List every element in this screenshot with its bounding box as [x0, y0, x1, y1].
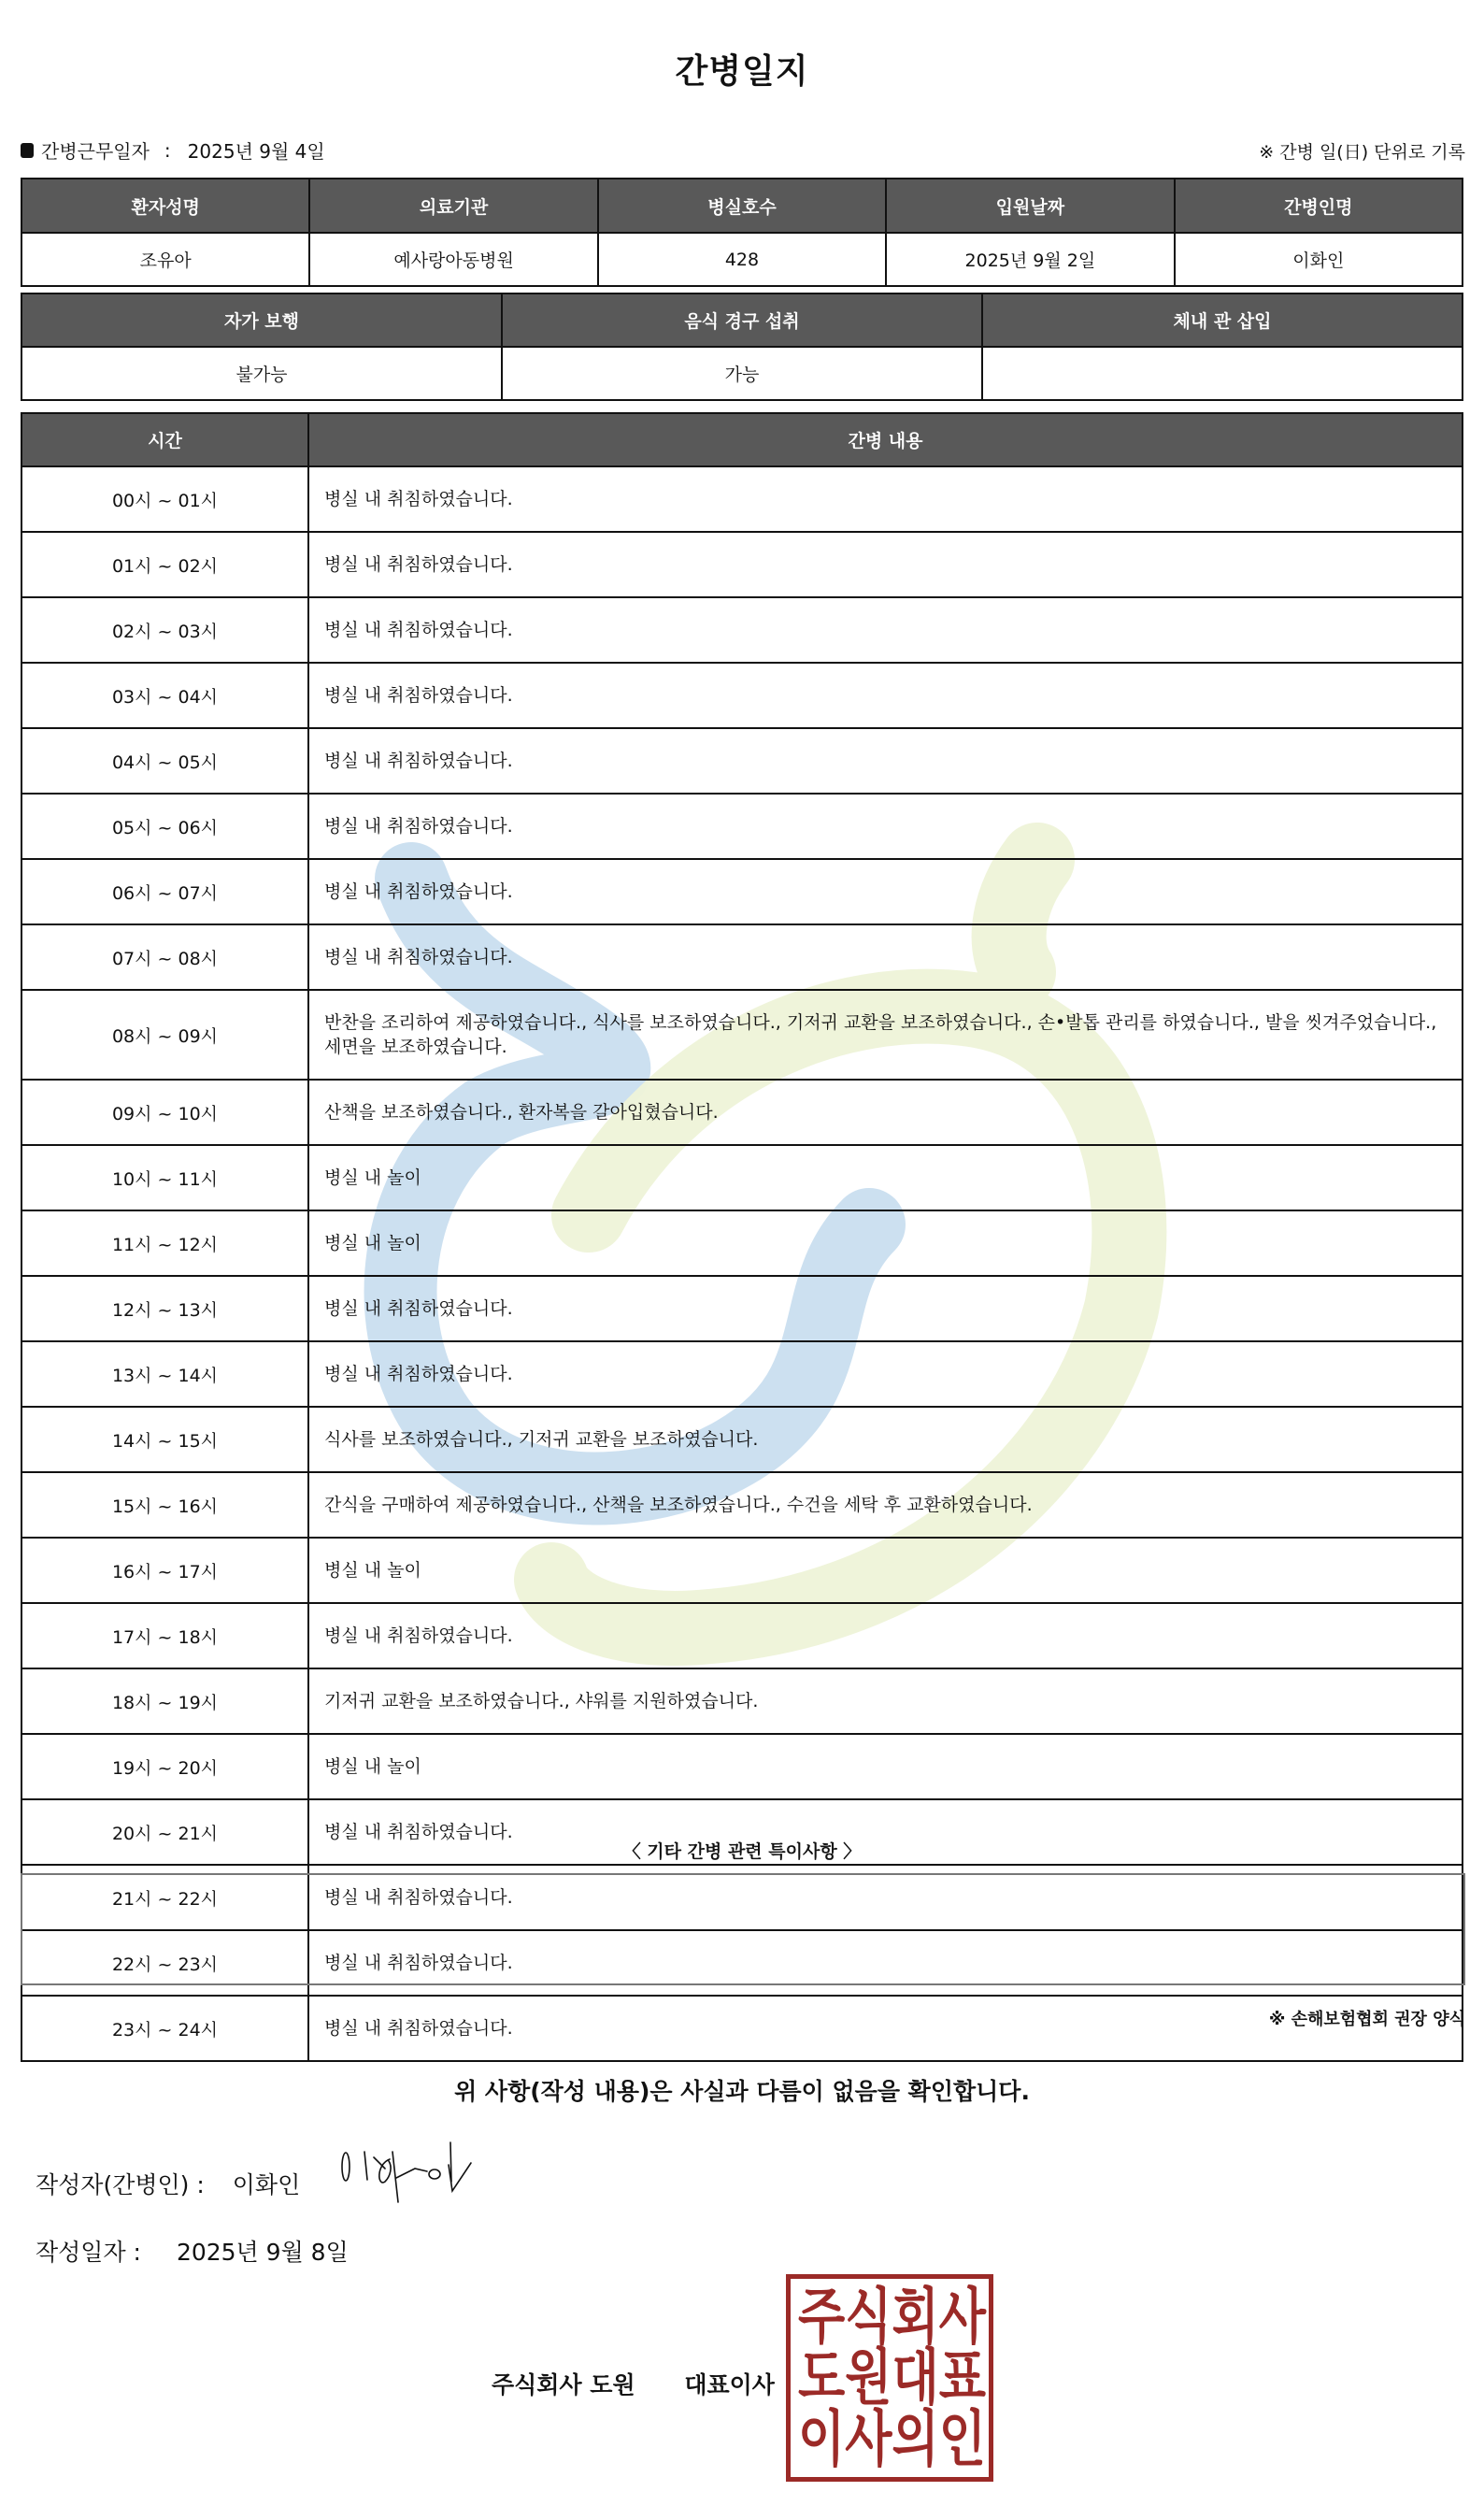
care-content-cell: 병실 내 취침하였습니다.: [308, 1996, 1463, 2061]
written-date-label: 작성일자 :: [36, 2239, 141, 2266]
patient-status-value-row: 불가능 가능: [21, 347, 1463, 400]
work-date-line: 간병근무일자 : 2025년 9월 4일: [21, 136, 325, 164]
stamp-char: 인: [939, 2400, 986, 2477]
care-time-cell: 02시 ~ 03시: [21, 597, 308, 663]
care-content-cell: 병실 내 취침하였습니다.: [308, 859, 1463, 924]
care-content-cell: 병실 내 놀이: [308, 1734, 1463, 1799]
care-time-cell: 01시 ~ 02시: [21, 532, 308, 597]
confirmation-statement: 위 사항(작성 내용)은 사실과 다름이 없음을 확인합니다.: [0, 2073, 1484, 2107]
care-time-cell: 20시 ~ 21시: [21, 1799, 308, 1865]
care-log-row: 23시 ~ 24시병실 내 취침하였습니다.: [21, 1996, 1463, 2061]
header-care-content: 간병 내용: [308, 413, 1463, 466]
care-log-row: 08시 ~ 09시반찬을 조리하여 제공하였습니다., 식사를 보조하였습니다.…: [21, 990, 1463, 1080]
care-content-cell: 병실 내 놀이: [308, 1210, 1463, 1276]
care-content-cell: 병실 내 놀이: [308, 1538, 1463, 1603]
care-time-cell: 06시 ~ 07시: [21, 859, 308, 924]
stamp-char: 의: [892, 2400, 938, 2477]
care-time-cell: 14시 ~ 15시: [21, 1407, 308, 1472]
care-content-cell: 식사를 보조하였습니다., 기저귀 교환을 보조하였습니다.: [308, 1407, 1463, 1472]
care-time-cell: 17시 ~ 18시: [21, 1603, 308, 1668]
tube-insertion: [982, 347, 1463, 400]
care-content-cell: 기저귀 교환을 보조하였습니다., 샤워를 지원하였습니다.: [308, 1668, 1463, 1734]
care-time-cell: 23시 ~ 24시: [21, 1996, 308, 2061]
care-time-cell: 11시 ~ 12시: [21, 1210, 308, 1276]
care-time-cell: 16시 ~ 17시: [21, 1538, 308, 1603]
care-log-row: 15시 ~ 16시간식을 구매하여 제공하였습니다., 산책을 보조하였습니다.…: [21, 1472, 1463, 1538]
company-representative-title: 대표이사: [684, 2371, 775, 2398]
care-content-cell: 병실 내 취침하였습니다.: [308, 663, 1463, 728]
care-content-cell: 병실 내 취침하였습니다.: [308, 466, 1463, 532]
care-content-cell: 병실 내 취침하였습니다.: [308, 1603, 1463, 1668]
care-content-cell: 병실 내 취침하였습니다.: [308, 728, 1463, 794]
self-walking: 불가능: [21, 347, 502, 400]
care-content-cell: 간식을 구매하여 제공하였습니다., 산책을 보조하였습니다., 수건을 세탁 …: [308, 1472, 1463, 1538]
stamp-char: 이: [798, 2400, 845, 2477]
caregiver-name: 이화인: [1175, 233, 1463, 286]
header-admission-date: 입원날짜: [886, 179, 1174, 233]
care-time-cell: 08시 ~ 09시: [21, 990, 308, 1080]
care-log-row: 12시 ~ 13시병실 내 취침하였습니다.: [21, 1276, 1463, 1341]
patient-info-header-row: 환자성명 의료기관 병실호수 입원날짜 간병인명: [21, 179, 1463, 233]
care-time-cell: 10시 ~ 11시: [21, 1145, 308, 1210]
care-time-cell: 00시 ~ 01시: [21, 466, 308, 532]
header-oral-intake: 음식 경구 섭취: [502, 294, 982, 347]
care-log-row: 04시 ~ 05시병실 내 취침하였습니다.: [21, 728, 1463, 794]
care-log-header-row: 시간 간병 내용: [21, 413, 1463, 466]
care-content-cell: 병실 내 취침하였습니다.: [308, 1799, 1463, 1865]
care-time-cell: 09시 ~ 10시: [21, 1080, 308, 1145]
work-date-separator: :: [164, 139, 171, 162]
care-log-rows: 00시 ~ 01시병실 내 취침하였습니다.01시 ~ 02시병실 내 취침하였…: [21, 466, 1463, 2061]
writer-label: 작성자(간병인) :: [36, 2167, 205, 2200]
care-log-row: 20시 ~ 21시병실 내 취침하였습니다.: [21, 1799, 1463, 1865]
care-content-cell: 병실 내 놀이: [308, 1145, 1463, 1210]
page-title: 간병일지: [0, 45, 1484, 93]
patient-status-header-row: 자가 보행 음식 경구 섭취 체내 관 삽입: [21, 294, 1463, 347]
company-seal-stamp: 주 식 회 사 도 원 대 표 이 사 의 인: [786, 2274, 993, 2482]
care-time-cell: 12시 ~ 13시: [21, 1276, 308, 1341]
care-log-row: 10시 ~ 11시병실 내 놀이: [21, 1145, 1463, 1210]
work-date-label: 간병근무일자: [41, 136, 150, 164]
header-caregiver-name: 간병인명: [1175, 179, 1463, 233]
care-content-cell: 병실 내 취침하였습니다.: [308, 1341, 1463, 1407]
care-log-row: 09시 ~ 10시산책을 보조하였습니다., 환자복을 갈아입혔습니다.: [21, 1080, 1463, 1145]
care-time-cell: 13시 ~ 14시: [21, 1341, 308, 1407]
company-name: 주식회사 도원: [492, 2371, 635, 2398]
care-log-row: 07시 ~ 08시병실 내 취침하였습니다.: [21, 924, 1463, 990]
care-content-cell: 병실 내 취침하였습니다.: [308, 597, 1463, 663]
care-time-cell: 05시 ~ 06시: [21, 794, 308, 859]
care-content-cell: 병실 내 취침하였습니다.: [308, 794, 1463, 859]
room-number: 428: [598, 233, 886, 286]
care-time-cell: 19시 ~ 20시: [21, 1734, 308, 1799]
oral-intake: 가능: [502, 347, 982, 400]
record-note: ※ 간병 일(日) 단위로 기록: [1259, 138, 1465, 164]
care-log-row: 06시 ~ 07시병실 내 취침하였습니다.: [21, 859, 1463, 924]
admission-date: 2025년 9월 2일: [886, 233, 1174, 286]
care-content-cell: 병실 내 취침하였습니다.: [308, 532, 1463, 597]
header-time: 시간: [21, 413, 308, 466]
care-content-cell: 병실 내 취침하였습니다.: [308, 1276, 1463, 1341]
care-log-row: 17시 ~ 18시병실 내 취침하였습니다.: [21, 1603, 1463, 1668]
care-log-row: 03시 ~ 04시병실 내 취침하였습니다.: [21, 663, 1463, 728]
care-log-row: 01시 ~ 02시병실 내 취침하였습니다.: [21, 532, 1463, 597]
company-line: 주식회사 도원 대표이사: [492, 2367, 775, 2400]
care-log-row: 00시 ~ 01시병실 내 취침하였습니다.: [21, 466, 1463, 532]
header-patient-name: 환자성명: [21, 179, 309, 233]
square-bullet-icon: [21, 143, 34, 158]
care-time-cell: 07시 ~ 08시: [21, 924, 308, 990]
care-content-cell: 병실 내 취침하였습니다.: [308, 924, 1463, 990]
header-institution: 의료기관: [309, 179, 597, 233]
writer-name: 이화인: [233, 2167, 300, 2200]
header-tube-insertion: 체내 관 삽입: [982, 294, 1463, 347]
care-log-row: 19시 ~ 20시병실 내 놀이: [21, 1734, 1463, 1799]
special-notes-box: [21, 1873, 1465, 1985]
patient-status-table: 자가 보행 음식 경구 섭취 체내 관 삽입 불가능 가능: [21, 293, 1463, 401]
care-log-row: 14시 ~ 15시식사를 보조하였습니다., 기저귀 교환을 보조하였습니다.: [21, 1407, 1463, 1472]
writer-line: 작성자(간병인) : 이화인: [36, 2167, 300, 2200]
care-log-row: 02시 ~ 03시병실 내 취침하였습니다.: [21, 597, 1463, 663]
work-date-value: 2025년 9월 4일: [188, 136, 325, 164]
written-date-line: 작성일자 : 2025년 9월 8일: [36, 2234, 349, 2268]
institution: 예사랑아동병원: [309, 233, 597, 286]
care-content-cell: 산책을 보조하였습니다., 환자복을 갈아입혔습니다.: [308, 1080, 1463, 1145]
care-time-cell: 18시 ~ 19시: [21, 1668, 308, 1734]
handwritten-signature-icon: [338, 2141, 507, 2206]
care-time-cell: 03시 ~ 04시: [21, 663, 308, 728]
care-log-row: 05시 ~ 06시병실 내 취침하였습니다.: [21, 794, 1463, 859]
care-time-cell: 04시 ~ 05시: [21, 728, 308, 794]
written-date-value: 2025년 9월 8일: [177, 2239, 349, 2266]
header-room-number: 병실호수: [598, 179, 886, 233]
care-content-cell: 반찬을 조리하여 제공하였습니다., 식사를 보조하였습니다., 기저귀 교환을…: [308, 990, 1463, 1080]
stamp-char: 사: [845, 2400, 892, 2477]
patient-name: 조유아: [21, 233, 309, 286]
care-log-row: 18시 ~ 19시기저귀 교환을 보조하였습니다., 샤워를 지원하였습니다.: [21, 1668, 1463, 1734]
header-self-walking: 자가 보행: [21, 294, 502, 347]
care-log-row: 16시 ~ 17시병실 내 놀이: [21, 1538, 1463, 1603]
care-log-table: 시간 간병 내용 00시 ~ 01시병실 내 취침하였습니다.01시 ~ 02시…: [21, 412, 1463, 2062]
patient-info-value-row: 조유아 예사랑아동병원 428 2025년 9월 2일 이화인: [21, 233, 1463, 286]
care-time-cell: 15시 ~ 16시: [21, 1472, 308, 1538]
care-log-row: 11시 ~ 12시병실 내 놀이: [21, 1210, 1463, 1276]
care-log-row: 13시 ~ 14시병실 내 취침하였습니다.: [21, 1341, 1463, 1407]
patient-info-table: 환자성명 의료기관 병실호수 입원날짜 간병인명 조유아 예사랑아동병원 428…: [21, 178, 1463, 287]
